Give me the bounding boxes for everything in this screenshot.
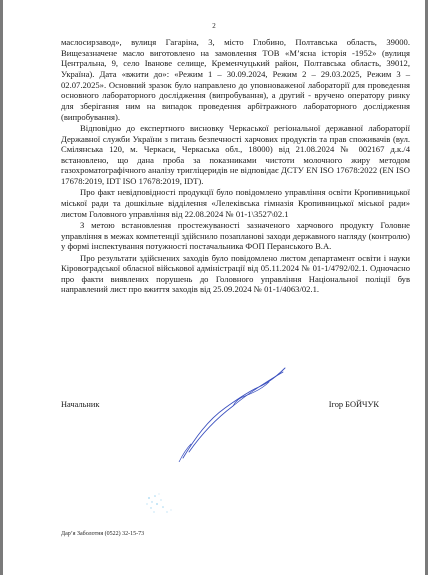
executor-contact: Дар’я Заболотня (0522) 32-15-73 (61, 531, 144, 537)
paragraph-nonconformity-notice: Про факт невідповідності продукції було … (61, 187, 410, 219)
letter-body: маслосирзавод», вулиця Гагаріна, 3, міст… (61, 37, 410, 296)
signature-row: Начальник Ігор БОЙЧУК (61, 400, 379, 414)
paragraph-product-origin: маслосирзавод», вулиця Гагаріна, 3, міст… (61, 37, 410, 122)
paragraph-results: Про результати здійснених заходів було п… (61, 253, 410, 296)
stamp-residue-icon (143, 490, 193, 520)
document-page: 2 маслосирзавод», вулиця Гагаріна, 3, мі… (3, 0, 425, 575)
paragraph-lab-conclusion: Відповідно до експертного висновку Черка… (61, 123, 410, 187)
paragraph-traceability: З метою встановлення простежуваності заз… (61, 220, 410, 252)
page-number: 2 (3, 22, 425, 30)
signer-position: Начальник (61, 400, 99, 409)
signer-name: Ігор БОЙЧУК (329, 400, 379, 409)
